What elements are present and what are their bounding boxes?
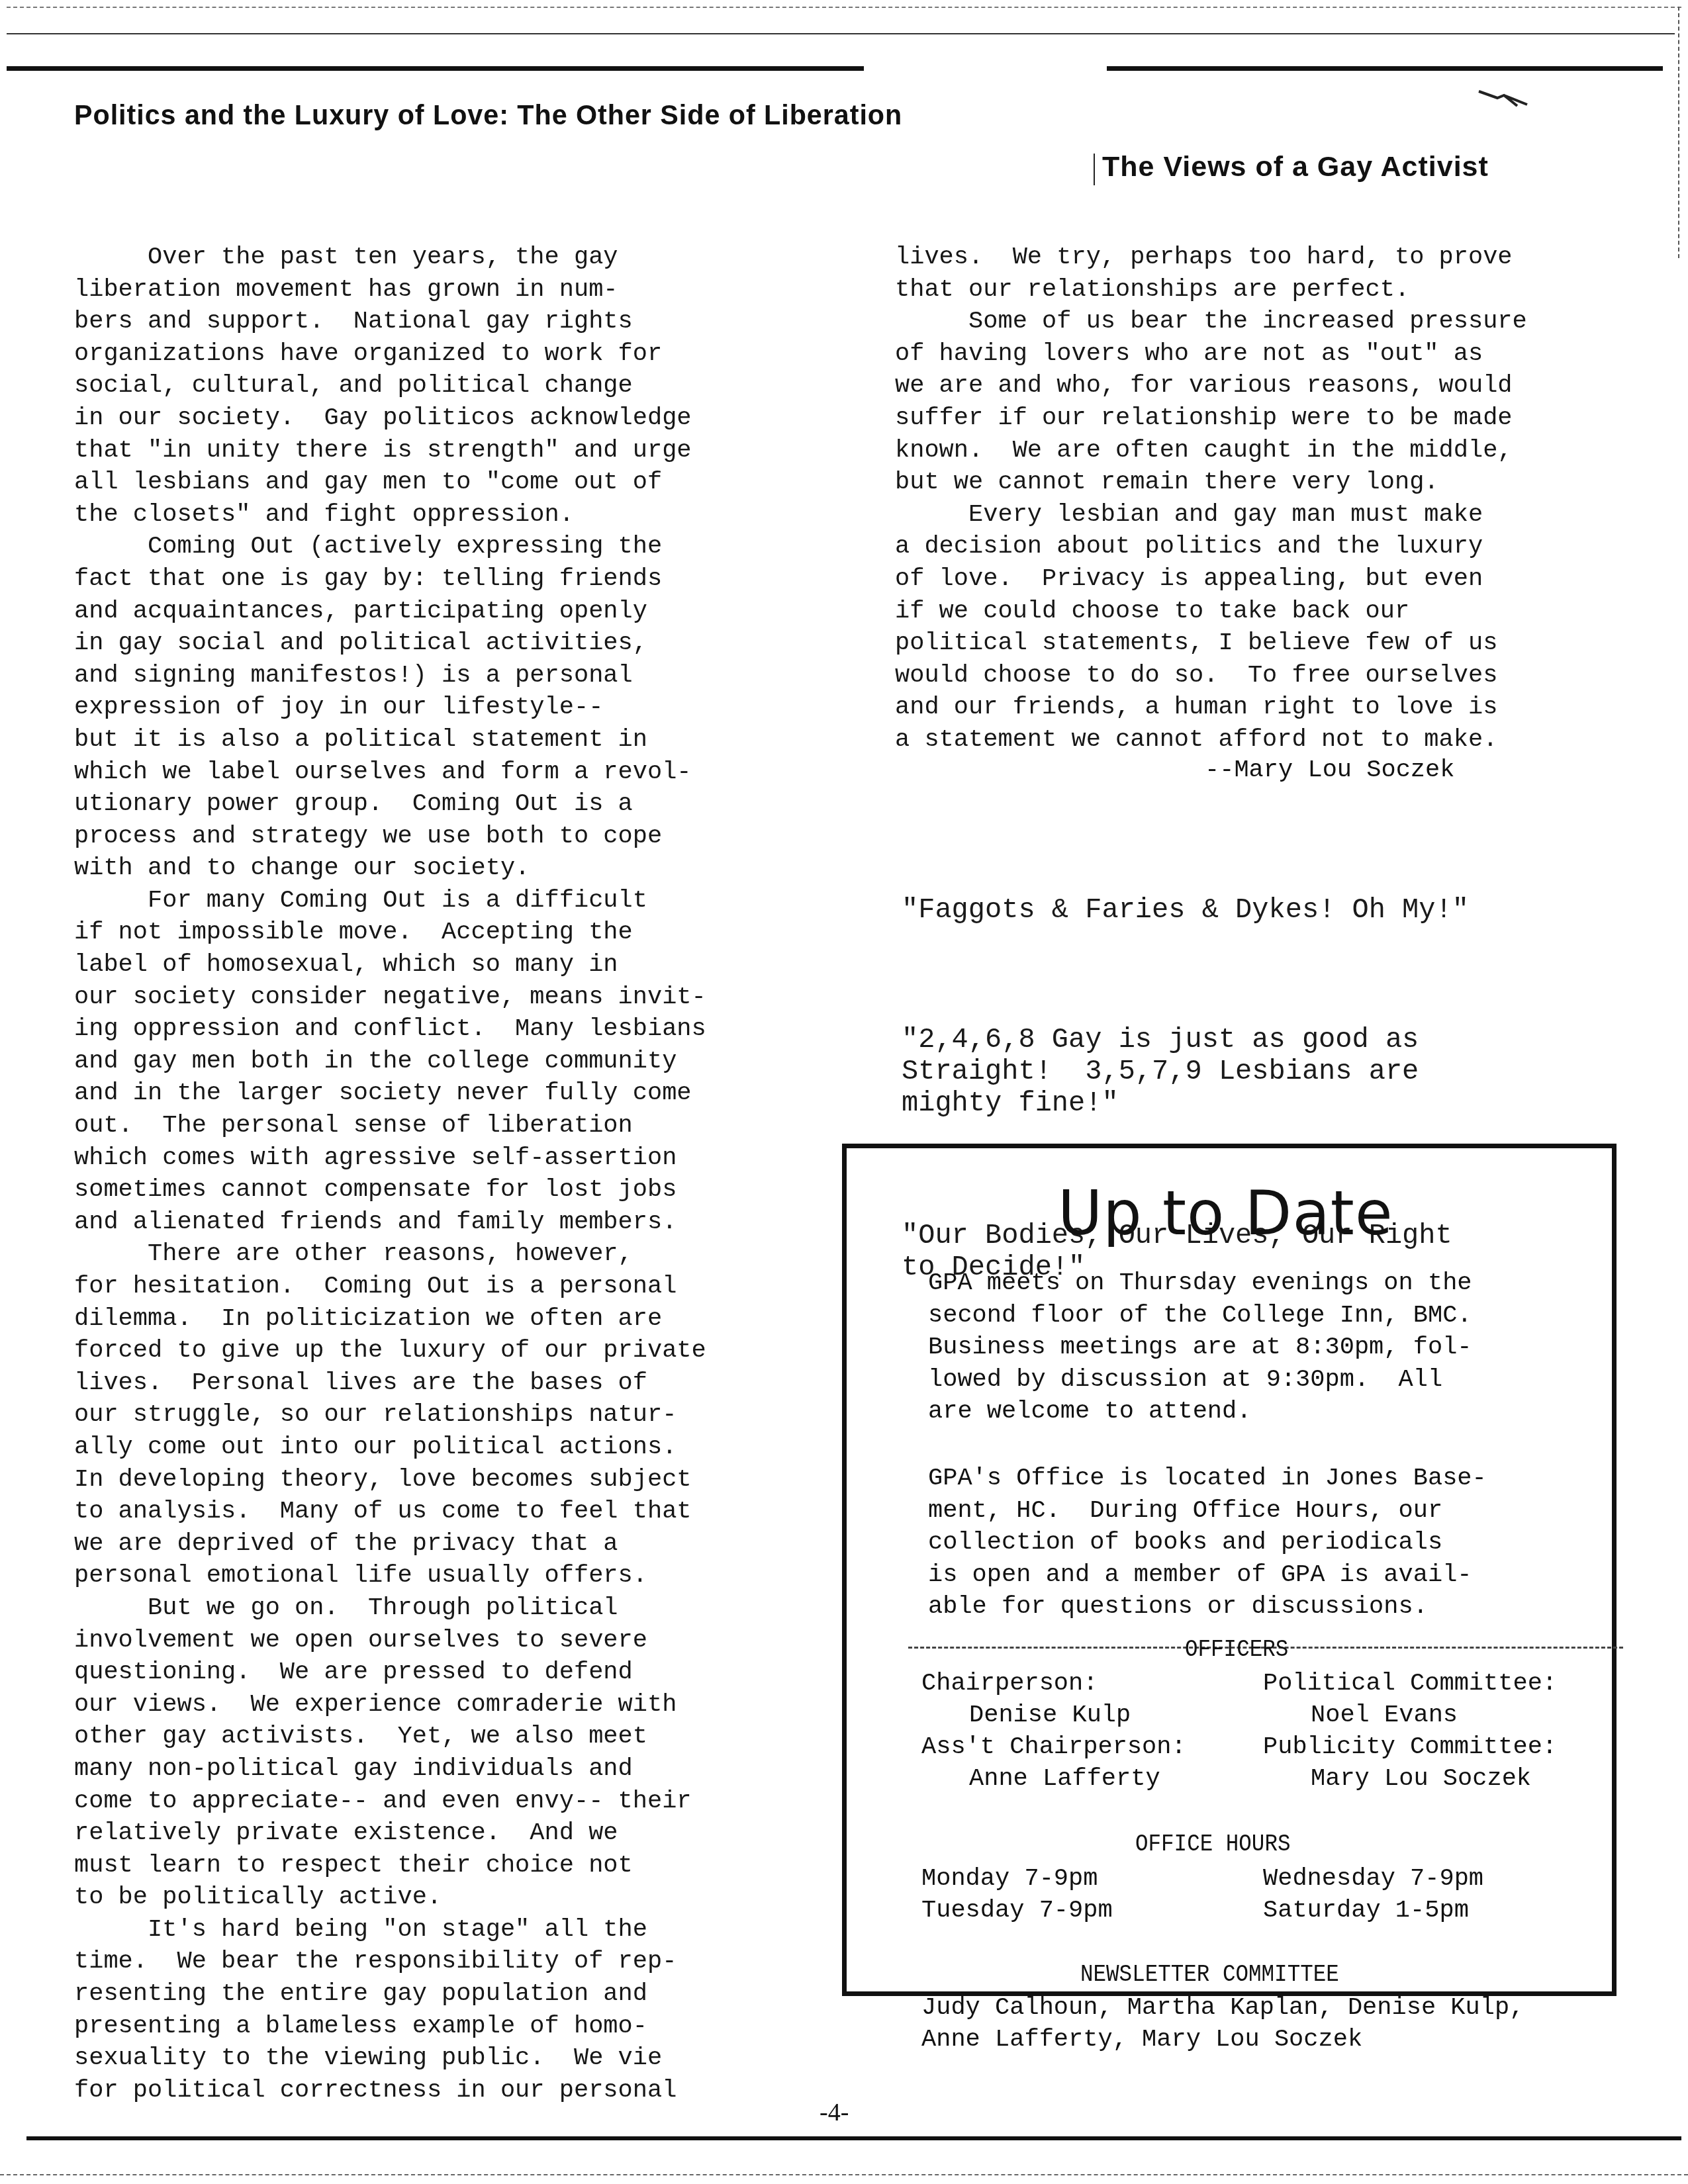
article-line: suffer if our relationship were to be ma…: [895, 402, 1527, 435]
article-line: our views. We experience comraderie with: [74, 1689, 706, 1721]
header-rule-left: [7, 66, 864, 71]
article-line: In developing theory, love becomes subje…: [74, 1464, 706, 1496]
top-edge-rule: [7, 7, 1681, 9]
article-line: a statement we cannot afford not to make…: [895, 724, 1527, 756]
article-line: to be politically active.: [74, 1882, 706, 1914]
officer-role: Chairperson:: [921, 1668, 1263, 1700]
officer-name: Anne Lafferty: [921, 1763, 1263, 1795]
meeting-info: GPA meets on Thursday evenings on the se…: [928, 1267, 1472, 1428]
article-line: political statements, I believe few of u…: [895, 627, 1527, 660]
article-right-column: lives. We try, perhaps too hard, to prov…: [895, 242, 1527, 756]
slogan-item: "Faggots & Faries & Dykes! Oh My!": [902, 894, 1469, 926]
up-to-date-title: Up to Date: [1058, 1178, 1393, 1249]
article-line: liberation movement has grown in num-: [74, 274, 706, 306]
article-line: the closets" and fight oppression.: [74, 499, 706, 531]
article-line: organizations have organized to work for: [74, 338, 706, 371]
article-line: a decision about politics and the luxury: [895, 531, 1527, 563]
article-line: time. We bear the responsibility of rep-: [74, 1946, 706, 1978]
article-line: in gay social and political activities,: [74, 627, 706, 660]
article-line: fact that one is gay by: telling friends: [74, 563, 706, 596]
office-info: GPA's Office is located in Jones Base- m…: [928, 1463, 1487, 1623]
article-line: ing oppression and conflict. Many lesbia…: [74, 1013, 706, 1046]
article-line: bers and support. National gay rights: [74, 306, 706, 338]
article-left-column: Over the past ten years, the gayliberati…: [74, 242, 706, 2107]
article-line: but it is also a political statement in: [74, 724, 706, 756]
article-line: that our relationships are perfect.: [895, 274, 1527, 306]
office-hours-slot: Tuesday 7-9pm: [921, 1895, 1263, 1927]
article-line: which we label ourselves and form a revo…: [74, 756, 706, 789]
article-line: process and strategy we use both to cope: [74, 821, 706, 853]
article-line: and in the larger society never fully co…: [74, 1077, 706, 1110]
article-line: all lesbians and gay men to "come out of: [74, 467, 706, 499]
article-line: of having lovers who are not as "out" as: [895, 338, 1527, 371]
article-line: if we could choose to take back our: [895, 596, 1527, 628]
article-line: that "in unity there is strength" and ur…: [74, 435, 706, 467]
article-line: out. The personal sense of liberation: [74, 1110, 706, 1142]
article-line: for hesitation. Coming Out is a personal: [74, 1271, 706, 1303]
right-edge-line: [1678, 7, 1681, 258]
article-line: in our society. Gay politicos acknowledg…: [74, 402, 706, 435]
article-line: Over the past ten years, the gay: [74, 242, 706, 274]
bottom-edge-rule: [0, 2174, 1688, 2177]
article-line: if not impossible move. Accepting the: [74, 917, 706, 949]
article-line: For many Coming Out is a difficult: [74, 885, 706, 917]
article-line: It's hard being "on stage" all the: [74, 1914, 706, 1946]
article-byline: --Mary Lou Soczek: [1205, 756, 1454, 784]
article-line: sometimes cannot compensate for lost job…: [74, 1174, 706, 1206]
article-line: involvement we open ourselves to severe: [74, 1625, 706, 1657]
article-line: we are and who, for various reasons, wou…: [895, 370, 1527, 402]
article-line: ally come out into our political actions…: [74, 1432, 706, 1464]
footer-rule: [26, 2136, 1681, 2140]
article-line: label of homosexual, which so many in: [74, 949, 706, 981]
article-line: questioning. We are pressed to defend: [74, 1657, 706, 1689]
article-line: Some of us bear the increased pressure: [895, 306, 1527, 338]
article-line: forced to give up the luxury of our priv…: [74, 1335, 706, 1367]
article-line: social, cultural, and political change: [74, 370, 706, 402]
office-hours-heading: OFFICE HOURS: [1135, 1831, 1290, 1858]
top-rule: [7, 33, 1675, 34]
slogan-item: "2,4,6,8 Gay is just as good as Straight…: [902, 1024, 1469, 1119]
article-line: lives. Personal lives are the bases of: [74, 1367, 706, 1400]
article-line: and signing manifestos!) is a personal: [74, 660, 706, 692]
article-line: Every lesbian and gay man must make: [895, 499, 1527, 531]
office-hours-slot: Saturday 1-5pm: [1263, 1895, 1607, 1927]
article-line: resenting the entire gay population and: [74, 1978, 706, 2011]
article-line: would choose to do so. To free ourselves: [895, 660, 1527, 692]
officer-name: Mary Lou Soczek: [1263, 1763, 1607, 1795]
officers-list: Chairperson: Political Committee: Denise…: [921, 1668, 1607, 1795]
article-line: to analysis. Many of us come to feel tha…: [74, 1496, 706, 1528]
article-subhead: The Views of a Gay Activist: [1102, 151, 1489, 183]
office-hours-list: Monday 7-9pm Wednesday 7-9pm Tuesday 7-9…: [921, 1863, 1607, 1927]
article-line: dilemma. In politicization we often are: [74, 1303, 706, 1336]
scribble-mark-icon: [1477, 86, 1530, 113]
article-line: There are other reasons, however,: [74, 1238, 706, 1271]
officer-role: Publicity Committee:: [1263, 1731, 1607, 1763]
article-line: known. We are often caught in the middle…: [895, 435, 1527, 467]
article-line: many non-political gay individuals and: [74, 1753, 706, 1786]
officer-name: Noel Evans: [1263, 1700, 1607, 1731]
article-line: presenting a blameless example of homo-: [74, 2011, 706, 2043]
article-line: of love. Privacy is appealing, but even: [895, 563, 1527, 596]
article-line: But we go on. Through political: [74, 1592, 706, 1625]
article-line: and acquaintances, participating openly: [74, 596, 706, 628]
article-line: and our friends, a human right to love i…: [895, 692, 1527, 724]
header-rule-right: [1107, 66, 1663, 71]
article-line: other gay activists. Yet, we also meet: [74, 1721, 706, 1753]
article-line: must learn to respect their choice not: [74, 1850, 706, 1882]
article-line: utionary power group. Coming Out is a: [74, 788, 706, 821]
officers-heading: OFFICERS: [1185, 1636, 1288, 1664]
officer-name: Denise Kulp: [921, 1700, 1263, 1731]
article-line: our society consider negative, means inv…: [74, 981, 706, 1014]
article-line: and gay men both in the college communit…: [74, 1046, 706, 1078]
article-line: sexuality to the viewing public. We vie: [74, 2042, 706, 2075]
newsletter-committee-heading: NEWSLETTER COMMITTEE: [1080, 1961, 1339, 1989]
article-line: relatively private existence. And we: [74, 1817, 706, 1850]
officer-role: Ass't Chairperson:: [921, 1731, 1263, 1763]
article-headline: Politics and the Luxury of Love: The Oth…: [74, 99, 902, 132]
article-line: personal emotional life usually offers.: [74, 1560, 706, 1592]
officer-role: Political Committee:: [1263, 1668, 1607, 1700]
article-line: lives. We try, perhaps too hard, to prov…: [895, 242, 1527, 274]
article-line: but we cannot remain there very long.: [895, 467, 1527, 499]
newsletter-committee-members: Judy Calhoun, Martha Kaplan, Denise Kulp…: [921, 1992, 1524, 2056]
article-line: which comes with agressive self-assertio…: [74, 1142, 706, 1175]
article-line: our struggle, so our relationships natur…: [74, 1399, 706, 1432]
article-line: Coming Out (actively expressing the: [74, 531, 706, 563]
article-line: for political correctness in our persona…: [74, 2075, 706, 2107]
office-hours-slot: Monday 7-9pm: [921, 1863, 1263, 1895]
article-line: expression of joy in our lifestyle--: [74, 692, 706, 724]
article-line: we are deprived of the privacy that a: [74, 1528, 706, 1561]
subhead-divider: [1094, 154, 1095, 185]
page-number: -4-: [820, 2098, 849, 2127]
article-line: with and to change our society.: [74, 852, 706, 885]
article-line: and alienated friends and family members…: [74, 1206, 706, 1239]
article-line: come to appreciate-- and even envy-- the…: [74, 1786, 706, 1818]
office-hours-slot: Wednesday 7-9pm: [1263, 1863, 1607, 1895]
